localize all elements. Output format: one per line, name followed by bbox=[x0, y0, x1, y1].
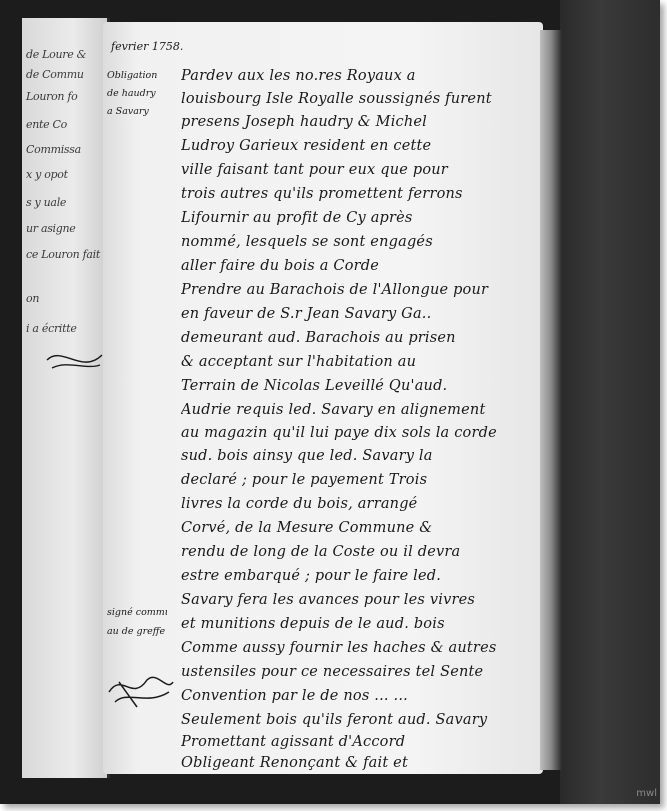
left-page-line: on bbox=[26, 292, 39, 305]
manuscript-line: Seulement bois qu'ils feront aud. Savary bbox=[181, 712, 541, 728]
manuscript-line: louisbourg Isle Royalle soussignés furen… bbox=[181, 91, 541, 107]
manuscript-line: Audrie requis led. Savary en alignement bbox=[181, 402, 541, 418]
left-page-line: ce Louron fait bbox=[26, 248, 100, 261]
left-page-line: de Commu bbox=[26, 68, 84, 81]
signature-flourish-icon bbox=[107, 662, 177, 712]
manuscript-line: Corvé, de la Mesure Commune & bbox=[181, 520, 541, 536]
manuscript-line: Savary fera les avances pour les vivres bbox=[181, 592, 541, 608]
manuscript-line: Promettant agissant d'Accord bbox=[181, 734, 541, 750]
manuscript-line: Comme aussy fournir les haches & autres bbox=[181, 640, 541, 656]
manuscript-line: nommé, lesquels se sont engagés bbox=[181, 234, 541, 250]
flourish-icon bbox=[42, 340, 107, 380]
left-page-line: de Loure & bbox=[26, 48, 86, 61]
manuscript-line: declaré ; pour le payement Trois bbox=[181, 472, 541, 488]
margin-note: de haudry bbox=[107, 88, 167, 99]
left-page-line: ente Co bbox=[26, 118, 67, 131]
manuscript-line: ville faisant tant pour eux que pour bbox=[181, 162, 541, 178]
manuscript-line: Obligeant Renonçant & fait et bbox=[181, 755, 541, 771]
manuscript-line: ustensiles pour ce necessaires tel Sente bbox=[181, 664, 541, 680]
manuscript-line: sud. bois ainsy que led. Savary la bbox=[181, 448, 541, 464]
manuscript-line: et munitions depuis de le aud. bois bbox=[181, 616, 541, 632]
page-edge bbox=[540, 30, 562, 770]
left-page-line: ur asigne bbox=[26, 222, 76, 235]
manuscript-line: Terrain de Nicolas Leveillé Qu'aud. bbox=[181, 378, 541, 394]
right-page: fevrier 1758. Obligation de haudry a Sav… bbox=[103, 22, 543, 774]
manuscript-line: Pardev aux les no.res Royaux a bbox=[181, 68, 541, 84]
scan-frame: de Loure & de Commu Louron fo ente Co Co… bbox=[0, 0, 660, 804]
margin-note: signé communication bbox=[107, 607, 167, 618]
left-page: de Loure & de Commu Louron fo ente Co Co… bbox=[22, 18, 110, 778]
manuscript-line: en faveur de S.r Jean Savary Ga.. bbox=[181, 306, 541, 322]
watermark: mwl bbox=[636, 788, 657, 799]
manuscript-line: livres la corde du bois, arrangé bbox=[181, 496, 541, 512]
left-page-line: x y opot bbox=[26, 168, 68, 181]
margin-note: au de greffe bbox=[107, 626, 167, 637]
left-page-line: Louron fo bbox=[26, 90, 77, 103]
manuscript-line: presens Joseph haudry & Michel bbox=[181, 114, 541, 130]
margin-note: Obligation bbox=[107, 70, 167, 81]
manuscript-line: au magazin qu'il lui paye dix sols la co… bbox=[181, 425, 541, 441]
left-page-line: s y uale bbox=[26, 196, 66, 209]
manuscript-line: demeurant aud. Barachois au prisen bbox=[181, 330, 541, 346]
left-page-line: i a écritte bbox=[26, 322, 77, 335]
margin-note: a Savary bbox=[107, 106, 167, 117]
manuscript-line: rendu de long de la Coste ou il devra bbox=[181, 544, 541, 560]
manuscript-line: trois autres qu'ils promettent ferrons bbox=[181, 186, 541, 202]
manuscript-line: Convention par le de nos ... ... bbox=[181, 688, 541, 704]
document-date: fevrier 1758. bbox=[111, 40, 183, 53]
manuscript-line: aller faire du bois a Corde bbox=[181, 258, 541, 274]
left-page-line: Commissa bbox=[26, 143, 81, 156]
manuscript-line: Lifournir au profit de Cy après bbox=[181, 210, 541, 226]
manuscript-line: estre embarqué ; pour le faire led. bbox=[181, 568, 541, 584]
manuscript-line: & acceptant sur l'habitation au bbox=[181, 354, 541, 370]
manuscript-line: Prendre au Barachois de l'Allongue pour bbox=[181, 282, 541, 298]
book-board bbox=[560, 0, 660, 804]
manuscript-line: Ludroy Garieux resident en cette bbox=[181, 138, 541, 154]
